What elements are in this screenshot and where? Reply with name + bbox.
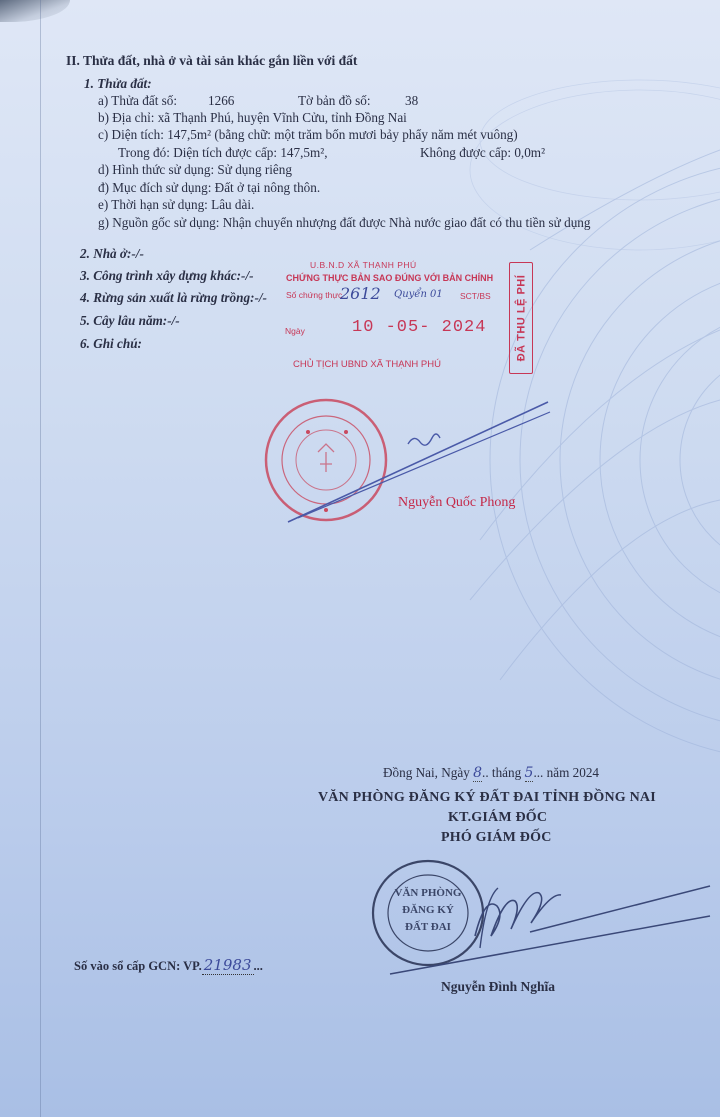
map-sheet-value: 38 — [405, 93, 418, 109]
stamp-number-label: Số chứng thực — [286, 290, 342, 300]
stamp-handwritten-book: Quyển 01 — [394, 289, 443, 300]
stamp-issuer: U.B.N.D XÃ THẠNH PHÚ — [310, 260, 417, 270]
stamp-number-suffix: SCT/BS — [460, 291, 491, 301]
stamp-date-label: Ngày — [285, 326, 305, 336]
stamp-signer-title: CHỦ TỊCH UBND XÃ THẠNH PHÚ — [293, 359, 441, 370]
area-granted: Trong đó: Diện tích được cấp: 147,5m², — [118, 145, 328, 161]
director-signature — [380, 866, 720, 976]
photo-corner-shadow — [0, 0, 70, 22]
item-perennial-trees: 5. Cây lâu năm:-/- — [80, 313, 180, 329]
address-line: b) Địa chỉ: xã Thạnh Phú, huyện Vĩnh Cửu… — [98, 110, 407, 126]
area-line: c) Diện tích: 147,5m² (bằng chữ: một tră… — [98, 127, 518, 143]
usage-form: d) Hình thức sử dụng: Sử dụng riêng — [98, 162, 292, 178]
map-sheet-label: Tờ bản đồ số: — [298, 93, 371, 109]
land-parcel-heading: 1. Thửa đất: — [84, 76, 152, 92]
signer-role-2: PHÓ GIÁM ĐỐC — [441, 830, 552, 846]
director-name: Nguyễn Đình Nghĩa — [441, 979, 555, 995]
signer-role-1: KT.GIÁM ĐỐC — [448, 810, 547, 826]
item-other-construction: 3. Công trình xây dựng khác:-/- — [80, 268, 254, 284]
area-not-granted: Không được cấp: 0,0m² — [420, 145, 545, 161]
stamp-date-value: 10 -05- 2024 — [352, 318, 486, 337]
usage-origin: g) Nguồn gốc sử dụng: Nhận chuyển nhượng… — [98, 215, 591, 231]
commune-signer-name: Nguyễn Quốc Phong — [398, 495, 515, 511]
commune-seal — [258, 392, 558, 532]
issue-date: Đồng Nai, Ngày 8.. tháng 5... năm 2024 — [383, 765, 599, 781]
fee-paid-text: ĐÃ THU LỆ PHÍ — [515, 275, 527, 362]
issue-place: Đồng Nai, Ngày — [383, 765, 470, 780]
parcel-number-value: 1266 — [208, 93, 234, 109]
issue-day: 8 — [473, 765, 482, 782]
item-planted-forest: 4. Rừng sản xuất là rừng trồng:-/- — [80, 290, 267, 306]
stamp-certify-line: CHỨNG THỰC BẢN SAO ĐÚNG VỚI BẢN CHÍNH — [286, 273, 493, 283]
item-house: 2. Nhà ở:-/- — [80, 246, 144, 262]
registry-line: Số vào sổ cấp GCN: VP.21983... — [74, 957, 263, 974]
issue-month-label: tháng — [492, 765, 521, 780]
stamp-handwritten-number: 2612 — [340, 284, 381, 303]
usage-purpose: đ) Mục đích sử dụng: Đất ở tại nông thôn… — [98, 180, 320, 196]
paper-edge — [40, 0, 41, 1117]
issue-month: 5 — [525, 765, 534, 782]
registry-label: Số vào sổ cấp GCN: VP. — [74, 959, 202, 973]
issue-year: năm 2024 — [547, 765, 599, 780]
item-notes: 6. Ghi chú: — [80, 336, 142, 352]
issuing-office: VĂN PHÒNG ĐĂNG KÝ ĐẤT ĐAI TỈNH ĐỒNG NAI — [318, 790, 656, 806]
section-title: II. Thửa đất, nhà ở và tài sản khác gắn … — [66, 53, 357, 69]
fee-paid-stamp: ĐÃ THU LỆ PHÍ — [509, 262, 533, 374]
usage-duration: e) Thời hạn sử dụng: Lâu dài. — [98, 197, 254, 213]
parcel-number-label: a) Thửa đất số: — [98, 93, 177, 109]
registry-number: 21983 — [202, 956, 254, 975]
